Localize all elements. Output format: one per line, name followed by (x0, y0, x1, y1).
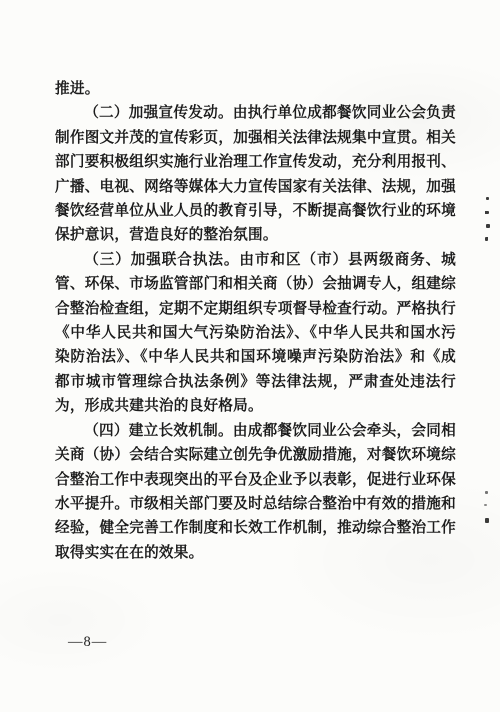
page-number: —8— (68, 634, 107, 651)
scan-artifact-mark (485, 518, 489, 523)
paragraph-item-2: （二）加强宣传发动。由执行单位成都餐饮同业公会负责制作图文并茂的宣传彩页，加强相… (55, 101, 456, 247)
scan-artifact-mark (485, 211, 489, 214)
document-body-text: 推进。 （二）加强宣传发动。由执行单位成都餐饮同业公会负责制作图文并茂的宣传彩页… (55, 77, 456, 565)
paragraph-item-3: （三）加强联合执法。由市和区（市）县两级商务、城管、环保、市场监管部门和相关商（… (55, 248, 456, 419)
scan-artifact-mark (484, 504, 487, 506)
scan-artifact-mark (485, 237, 488, 241)
paragraph-item-4: （四）建立长效机制。由成都餐饮同业公会牵头，会同相关商（协）会结合实际建立创先争… (55, 419, 456, 565)
scan-artifact-mark (486, 224, 490, 228)
scan-artifact-mark (485, 491, 488, 494)
paragraph-continuation: 推进。 (55, 77, 456, 101)
scan-artifact-mark (486, 197, 489, 200)
scanned-document-page: 推进。 （二）加强宣传发动。由执行单位成都餐饮同业公会负责制作图文并茂的宣传彩页… (0, 0, 500, 712)
